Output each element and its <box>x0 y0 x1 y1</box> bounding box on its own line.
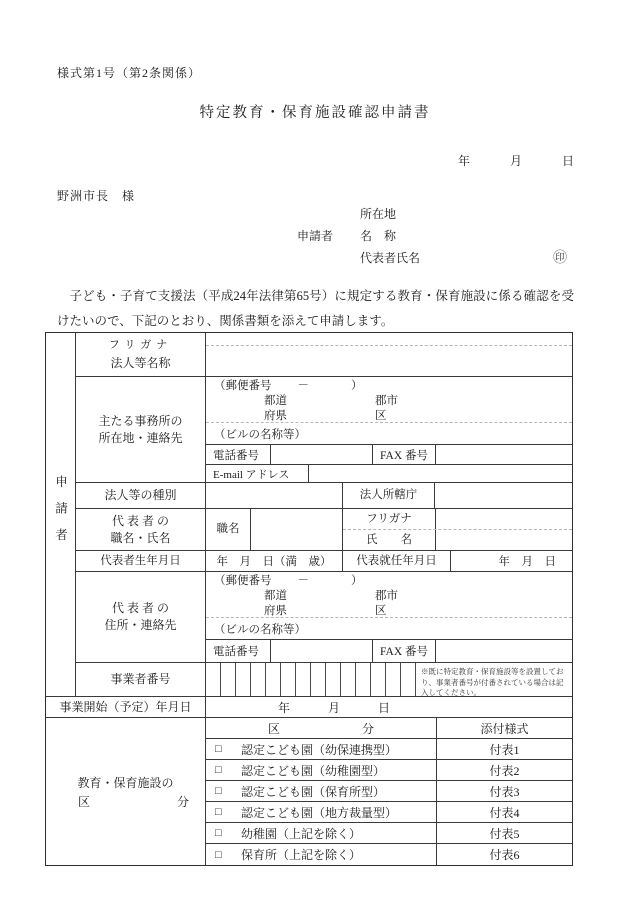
postal-open-label: （郵便番号 <box>214 574 272 589</box>
attachment-form: 付表2 <box>437 760 572 780</box>
facility-label-kubun-right: 分 <box>177 793 189 810</box>
facility-label-cell: 教育・保育施設の 区 分 <box>46 718 206 865</box>
postal-close-label: ） <box>351 379 363 394</box>
rep-title-label-2: 職名・氏名 <box>110 530 170 547</box>
business-number-note: ※既に特定教育・保育施設等を設置しており、事業者番号が付番されている場合は記入し… <box>416 663 572 696</box>
corp-type-row: 法人等の種別 法人所轄庁 <box>76 483 572 509</box>
rep-fax-input[interactable] <box>436 640 572 662</box>
category-row: □ 幼稚園（上記を除く） 付表5 <box>206 823 572 844</box>
category-row: □ 認定こども園（幼稚園型） 付表2 <box>206 760 572 781</box>
category-checkbox[interactable]: □ <box>215 849 228 861</box>
rep-tel-row: 電話番号 FAX 番号 <box>206 640 572 662</box>
city-label-2: 区 <box>375 604 398 619</box>
business-number-box[interactable] <box>386 663 401 696</box>
rep-label-1: 代 表 者 の <box>112 513 169 530</box>
attachment-form: 付表6 <box>437 844 572 865</box>
category-label: 認定こども園（保育所型） <box>241 783 385 800</box>
category-row: □ 認定こども園（幼保連携型） 付表1 <box>206 739 572 760</box>
category-label: 認定こども園（幼稚園型） <box>241 762 385 779</box>
category-checkbox[interactable]: □ <box>215 764 228 776</box>
date-year-label: 年 <box>458 152 470 169</box>
date-month-label: 月 <box>510 152 522 169</box>
rep-furigana-label: フリガナ <box>343 509 436 529</box>
business-number-box[interactable] <box>341 663 356 696</box>
category-label: 認定こども園（地方裁量型） <box>241 804 397 821</box>
category-label: 認定こども園（幼保連携型） <box>241 741 397 758</box>
business-number-box[interactable] <box>206 663 221 696</box>
postal-dash: － <box>298 379 310 394</box>
date-day-label: 日 <box>562 152 574 169</box>
appointment-label: 代表就任年月日 <box>343 551 451 571</box>
applicant-name-label: 名 称 <box>360 227 396 244</box>
rep-name-subrow: 氏 名 <box>343 530 572 550</box>
attachment-form: 付表4 <box>437 802 572 822</box>
city-label-2: 区 <box>375 409 398 424</box>
rep-address-row: 代 表 者 の 住所・連絡先 （郵便番号 － ） <box>76 572 572 663</box>
rep-name-label: 氏 名 <box>343 530 436 550</box>
category-row: □ 認定こども園（地方裁量型） 付表4 <box>206 802 572 823</box>
attachment-form: 付表5 <box>437 823 572 843</box>
corp-name-label: 法人等名称 <box>110 355 170 372</box>
rep-birth-ymd-label: 年 月 日（満 歳） <box>217 553 332 569</box>
corp-authority-input[interactable] <box>435 483 572 508</box>
body-paragraph: 子ども・子育て支援法（平成24年法律第65号）に規定する教育・保育施設に係る確認… <box>57 284 574 334</box>
job-title-input[interactable] <box>251 509 343 550</box>
business-number-boxes <box>206 663 416 696</box>
main-office-label-cell: 主たる事務所の 所在地・連絡先 <box>76 377 206 482</box>
category-row: □ 保育所（上記を除く） 付表6 <box>206 844 572 865</box>
corp-authority-label: 法人所轄庁 <box>343 483 435 508</box>
rep-address-label-cell: 代 表 者 の 住所・連絡先 <box>76 572 206 662</box>
business-number-label: 事業者番号 <box>76 663 206 696</box>
facility-label-1: 教育・保育施設の <box>46 774 205 791</box>
category-header-left: 区 <box>268 720 280 737</box>
tel-label: 電話番号 <box>206 640 271 662</box>
rep-birth-input[interactable]: 年 月 日（満 歳） <box>206 551 343 571</box>
form-number: 様式第1号（第2条関係） <box>57 64 201 81</box>
prefecture-label-2: 府県 <box>264 409 287 424</box>
page-title: 特定教育・保育施設確認申請書 <box>0 101 630 122</box>
category-checkbox[interactable]: □ <box>215 827 228 839</box>
attachment-header: 添付様式 <box>437 718 572 738</box>
seal-mark-icon: ㊞ <box>553 247 567 267</box>
tel-label: 電話番号 <box>206 445 271 464</box>
city-label-1: 郡市 <box>375 394 398 409</box>
category-header: 区 分 <box>206 718 437 738</box>
category-header-row: 区 分 添付様式 <box>206 718 572 739</box>
business-number-box[interactable] <box>266 663 281 696</box>
email-input[interactable] <box>309 465 572 482</box>
rep-name-row: 代 表 者 の 職名・氏名 職名 フリガナ 氏 名 <box>76 509 572 551</box>
postal-close-label: ） <box>351 574 363 589</box>
applicant-side-header: 申請者 <box>46 333 76 696</box>
appointment-ymd-label: 年 月 日 <box>499 553 557 569</box>
rep-tel-input[interactable] <box>271 640 373 662</box>
business-number-box[interactable] <box>251 663 266 696</box>
applicant-location-label: 所在地 <box>360 205 396 222</box>
business-number-box[interactable] <box>221 663 236 696</box>
main-office-row: 主たる事務所の 所在地・連絡先 （郵便番号 － ） <box>76 377 572 483</box>
main-office-tel-row: 電話番号 FAX 番号 <box>206 445 572 465</box>
corp-type-input[interactable] <box>206 483 343 508</box>
business-number-box[interactable] <box>356 663 371 696</box>
rep-address-label-1: 代 表 者 の <box>112 600 169 617</box>
facility-label-kubun-left: 区 <box>78 793 90 810</box>
category-label: 幼稚園（上記を除く） <box>241 825 361 842</box>
facility-section: 教育・保育施設の 区 分 区 分 添付様式 □ 認定こども <box>46 718 572 865</box>
rep-birth-label: 代表者生年月日 <box>76 551 206 571</box>
business-number-box[interactable] <box>281 663 296 696</box>
fax-label: FAX 番号 <box>373 640 436 662</box>
category-label: 保育所（上記を除く） <box>241 846 361 863</box>
main-office-fax-input[interactable] <box>436 445 572 464</box>
prefecture-label-1: 都道 <box>264 394 287 409</box>
job-title-label: 職名 <box>206 509 251 550</box>
start-date-label: 事業開始（予定）年月日 <box>46 697 206 717</box>
corp-type-label: 法人等の種別 <box>76 483 206 508</box>
addressee: 野洲市長 様 <box>57 187 135 204</box>
start-date-row: 事業開始（予定）年月日 年 月 日 <box>46 696 572 718</box>
attachment-form: 付表3 <box>437 781 572 801</box>
fax-label: FAX 番号 <box>373 445 436 464</box>
business-number-box[interactable] <box>371 663 386 696</box>
rep-address-label-2: 住所・連絡先 <box>104 617 176 634</box>
corp-name-row: フリガナ 法人等名称 <box>76 333 572 377</box>
applicant-side-label: 申請者 <box>52 475 70 555</box>
furigana-label: フリガナ <box>109 337 172 354</box>
rep-building-input[interactable]: （ビルの名称等） <box>206 618 572 640</box>
start-month-label: 月 <box>328 699 340 716</box>
main-office-label-2: 所在地・連絡先 <box>98 430 182 447</box>
date-line: 年 月 日 <box>458 152 574 169</box>
main-office-label-1: 主たる事務所の <box>98 413 182 430</box>
main-office-building-input[interactable]: （ビルの名称等） <box>206 423 572 445</box>
start-date-input[interactable]: 年 月 日 <box>206 697 572 717</box>
business-number-box[interactable] <box>401 663 416 696</box>
rep-furigana-row: フリガナ <box>343 509 572 530</box>
rep-name-input[interactable] <box>436 530 572 550</box>
business-number-box[interactable] <box>296 663 311 696</box>
main-office-postal-input[interactable]: （郵便番号 － ） 都道 府県 <box>206 377 572 423</box>
email-label: E-mail アドレス <box>206 465 309 482</box>
category-header-right: 分 <box>362 720 374 737</box>
business-number-row: 事業者番号 <box>76 663 572 696</box>
category-row: □ 認定こども園（保育所型） 付表3 <box>206 781 572 802</box>
postal-open-label: （郵便番号 <box>214 379 272 394</box>
applicant-rep-name-label: 代表者氏名 <box>360 249 420 266</box>
start-day-label: 日 <box>378 699 390 716</box>
attachment-form: 付表1 <box>437 739 572 759</box>
business-number-box[interactable] <box>236 663 251 696</box>
rep-name-label-cell: 代 表 者 の 職名・氏名 <box>76 509 206 550</box>
rep-furigana-input[interactable] <box>436 509 572 529</box>
business-number-box[interactable] <box>311 663 326 696</box>
document-page: 様式第1号（第2条関係） 特定教育・保育施設確認申請書 年 月 日 野洲市長 様… <box>0 0 630 915</box>
corp-name-input[interactable] <box>206 346 572 376</box>
category-checkbox[interactable]: □ <box>215 806 228 818</box>
corp-furigana-input[interactable] <box>206 333 572 346</box>
corp-name-label-cell: フリガナ 法人等名称 <box>76 333 206 376</box>
start-year-label: 年 <box>278 699 290 716</box>
main-office-tel-input[interactable] <box>271 445 373 464</box>
rep-birth-row: 代表者生年月日 年 月 日（満 歳） 代表就任年月日 年 月 日 <box>76 551 572 572</box>
business-number-box[interactable] <box>326 663 341 696</box>
prefecture-label-1: 都道 <box>264 589 287 604</box>
postal-dash: － <box>298 574 310 589</box>
building-label: （ビルの名称等） <box>214 426 306 442</box>
prefecture-label-2: 府県 <box>264 604 287 619</box>
application-table: 申請者 フリガナ 法人等名称 主たる事務所の <box>45 332 573 866</box>
applicant-section: 申請者 フリガナ 法人等名称 主たる事務所の <box>46 333 572 696</box>
category-checkbox[interactable]: □ <box>215 785 228 797</box>
applicant-group-label: 申請者 <box>297 227 333 244</box>
city-label-1: 郡市 <box>375 589 398 604</box>
building-label: （ビルの名称等） <box>214 621 306 637</box>
category-checkbox[interactable]: □ <box>215 743 228 755</box>
email-row: E-mail アドレス <box>206 465 572 482</box>
appointment-input[interactable]: 年 月 日 <box>451 551 572 571</box>
rep-postal-input[interactable]: （郵便番号 － ） 都道 府県 <box>206 572 572 618</box>
